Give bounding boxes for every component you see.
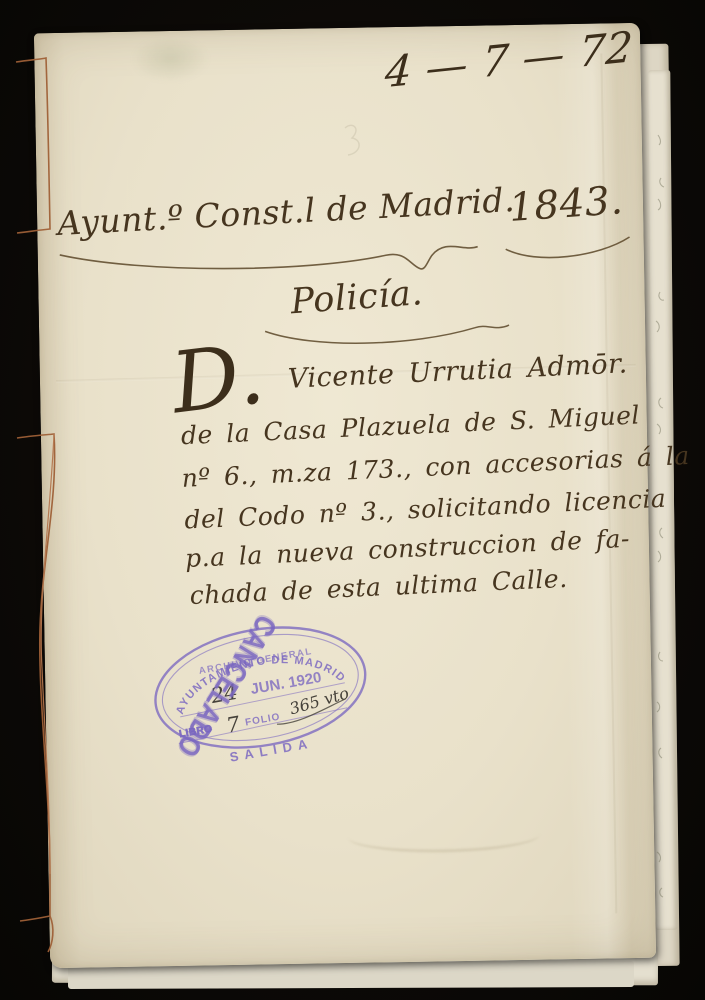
header-year: 1843. xyxy=(508,178,625,231)
bleed-through-flourish xyxy=(348,818,541,854)
archive-number: 4 — 7 — 72 xyxy=(383,22,634,98)
archival-document-scan: 4 — 7 — 72 Ayunt.º Const.l de Madrid. 18… xyxy=(0,0,705,1000)
stamp-salida: SALIDA xyxy=(229,735,315,764)
header-office: Ayunt.º Const.l de Madrid. xyxy=(56,180,516,243)
manuscript-page: 4 — 7 — 72 Ayunt.º Const.l de Madrid. 18… xyxy=(34,23,656,968)
body-line: Vicente Urrutia Admōr. xyxy=(287,348,628,394)
drop-capital: D. xyxy=(167,331,269,426)
bleed-through-smudge xyxy=(130,34,211,83)
section-title: Policía. xyxy=(289,273,424,322)
section-underline-flourish xyxy=(261,319,517,353)
